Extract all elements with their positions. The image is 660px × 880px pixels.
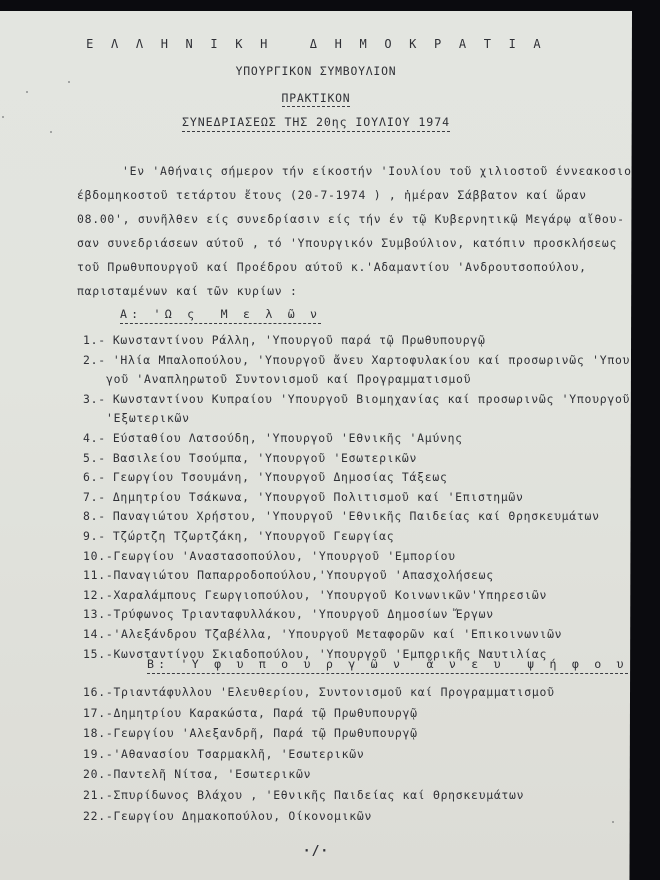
page-number: ·/· [0,844,632,859]
section-b-title-text: Β: 'Υ φ υ π ο υ ρ γ ῶ ν ἄ ν ε υ ψ ή φ ο … [147,657,628,674]
list-item-text: Σπυρίδωνος Βλάχου , 'Εθνικῆς Παιδείας κα… [113,788,524,802]
list-item-text: Εύσταθίου Λατσούδη, 'Υπουργοῦ 'Εθνικῆς '… [113,431,463,445]
list-item: 10.-Γεωργίου 'Αναστασοπούλου, 'Υπουργοῦ … [83,549,456,563]
list-item: 4.-Εύσταθίου Λατσούδη, 'Υπουργοῦ 'Εθνικῆ… [83,431,463,445]
section-b-title: Β: 'Υ φ υ π ο υ ρ γ ῶ ν ἄ ν ε υ ψ ή φ ο … [147,657,628,671]
list-item-number: 20.- [83,767,113,781]
list-item-number: 14.- [83,627,113,641]
list-item: 20.-Παντελῆ Νίτσα, 'Εσωτερικῶν [83,767,311,781]
list-item-text: Τζώρτζη Τζωρτζάκη, 'Υπουργοῦ Γεωργίας [113,529,395,543]
list-item: 12.-Χαραλάμπους Γεωργιοπούλου, 'Υπουργοῦ… [83,588,547,602]
paper-speck [26,91,28,93]
list-item: 19.-'Αθανασίου Τσαρμακλῆ, 'Εσωτερικῶν [83,747,365,761]
list-item-text: Δημητρίου Καρακώστα, Παρά τῷ Πρωθυπουργῷ [113,706,417,720]
list-item-continuation: 'Εξωτερικῶν [106,411,190,425]
list-item-number: 18.- [83,726,113,740]
intro-line: σαν συνεδριάσεων αύτοῦ , τό 'Υπουργικόν … [77,236,617,250]
list-item-text: 'Αθανασίου Τσαρμακλῆ, 'Εσωτερικῶν [113,747,364,761]
list-item-number: 2.- [83,353,106,367]
section-a-title: Α: 'Ω ς Μ ε λ ῶ ν [120,307,321,321]
paper-speck [50,131,52,133]
list-item-text: 'Αλεξάνδρου Τζαβέλλα, 'Υπουργοῦ Μεταφορῶ… [113,627,562,641]
list-item: 2.-'Ηλία Μπαλοπούλου, 'Υπουργοῦ ἄνευ Χαρ… [83,353,645,367]
list-item-number: 7.- [83,490,106,504]
list-item-number: 4.- [83,431,106,445]
list-item: 21.-Σπυρίδωνος Βλάχου , 'Εθνικῆς Παιδεία… [83,788,524,802]
header-session-text: ΣΥΝΕΔΡΙΑΣΕΩΣ ΤΗΣ 20ης ΙΟΥΛΙΟΥ 1974 [182,115,450,132]
list-item: 1.-Κωνσταντίνου Ράλλη, 'Υπουργοῦ παρά τῷ… [83,333,486,347]
list-item-text: Γεωργίου Δημακοπούλου, Οίκονομικῶν [113,809,372,823]
list-item-text: Τριαντάφυλλου 'Ελευθερίου, Συντονισμοῦ κ… [113,685,554,699]
list-item-text: Παναγιώτου Χρήστου, 'Υπουργοῦ 'Εθνικῆς Π… [113,509,600,523]
list-item-number: 11.- [83,568,113,582]
list-item-number: 9.- [83,529,106,543]
list-item-text: Δημητρίου Τσάκωνα, 'Υπουργοῦ Πολιτισμοῦ … [113,490,524,504]
list-item: 9.-Τζώρτζη Τζωρτζάκη, 'Υπουργοῦ Γεωργίας [83,529,394,543]
list-item-text: Γεωργίου Τσουμάνη, 'Υπουργοῦ Δημοσίας Τά… [113,470,448,484]
list-item-number: 8.- [83,509,106,523]
list-item-number: 12.- [83,588,113,602]
paper-speck [2,116,4,118]
list-item: 7.-Δημητρίου Τσάκωνα, 'Υπουργοῦ Πολιτισμ… [83,490,524,504]
intro-line: παρισταμένων καί τῶν κυρίων : [77,284,298,298]
list-item: 14.-'Αλεξάνδρου Τζαβέλλα, 'Υπουργοῦ Μετα… [83,627,562,641]
intro-line: έβδομηκοστοῦ τετάρτου ἔτους (20-7-1974 )… [77,188,587,202]
list-item: 3.-Κωνσταντίνου Κυπραίου 'Υπουργοῦ Βιομη… [83,392,630,406]
header-session: ΣΥΝΕΔΡΙΑΣΕΩΣ ΤΗΣ 20ης ΙΟΥΛΙΟΥ 1974 [0,115,632,129]
list-item-text: Παντελῆ Νίτσα, 'Εσωτερικῶν [113,767,311,781]
header-doc-type: ΠΡΑΚΤΙΚΟΝ [0,91,632,105]
list-item-text: Γεωργίου 'Αλεξανδρῆ, Παρά τῷ Πρωθυπουργῷ [113,726,417,740]
list-item: 5.-Βασιλείου Τσούμπα, 'Υπουργοῦ 'Εσωτερι… [83,451,417,465]
list-item-number: 10.- [83,549,113,563]
list-item-continuation: γοῦ 'Αναπληρωτοῦ Συντονισμοῦ καί Προγραμ… [106,372,471,386]
list-item-text: 'Ηλία Μπαλοπούλου, 'Υπουργοῦ ἄνευ Χαρτοφ… [113,353,646,367]
list-item: 11.-Παναγιώτου Παπαρροδοπούλου,'Υπουργοῦ… [83,568,494,582]
header-council: ΥΠΟΥΡΓΙΚΟΝ ΣΥΜΒΟΥΛΙΟΝ [0,64,632,78]
list-item: 6.-Γεωργίου Τσουμάνη, 'Υπουργοῦ Δημοσίας… [83,470,448,484]
list-item-number: 13.- [83,607,113,621]
list-item-text: Κωνσταντίνου Ράλλη, 'Υπουργοῦ παρά τῷ Πρ… [113,333,486,347]
list-item: 16.-Τριαντάφυλλου 'Ελευθερίου, Συντονισμ… [83,685,555,699]
header-doc-type-text: ΠΡΑΚΤΙΚΟΝ [282,91,351,107]
list-item-text: Γεωργίου 'Αναστασοπούλου, 'Υπουργοῦ 'Εμπ… [113,549,455,563]
section-a-title-text: Α: 'Ω ς Μ ε λ ῶ ν [120,307,321,324]
list-item: 8.-Παναγιώτου Χρήστου, 'Υπουργοῦ 'Εθνικῆ… [83,509,600,523]
intro-line: τοῦ Πρωθυπουργοῦ καί Προέδρου αύτοῦ κ.'Α… [77,260,587,274]
list-item-text: Τρύφωνος Τριανταφυλλάκου, 'Υπουργοῦ Δημο… [113,607,493,621]
list-item-text: Χαραλάμπους Γεωργιοπούλου, 'Υπουργοῦ Κοι… [113,588,547,602]
list-item-number: 21.- [83,788,113,802]
list-item-number: 22.- [83,809,113,823]
list-item-number: 15.- [83,647,113,661]
paper-speck [612,821,614,823]
list-item-number: 16.- [83,685,113,699]
list-item-text: Κωνσταντίνου Κυπραίου 'Υπουργοῦ Βιομηχαν… [113,392,630,406]
list-item-number: 19.- [83,747,113,761]
list-item: 17.-Δημητρίου Καρακώστα, Παρά τῷ Πρωθυπο… [83,706,418,720]
paper-speck [68,81,70,83]
list-item-number: 5.- [83,451,106,465]
list-item: 22.-Γεωργίου Δημακοπούλου, Οίκονομικῶν [83,809,372,823]
list-item-number: 6.- [83,470,106,484]
list-item-text: Παναγιώτου Παπαρροδοπούλου,'Υπουργοῦ 'Απ… [113,568,493,582]
document-page: Ε Λ Λ Η Ν Ι Κ Η Δ Η Μ Ο Κ Ρ Α Τ Ι Α ΥΠΟΥ… [0,11,632,880]
list-item-number: 17.- [83,706,113,720]
list-item-number: 1.- [83,333,106,347]
list-item-text: Βασιλείου Τσούμπα, 'Υπουργοῦ 'Εσωτερικῶν [113,451,417,465]
list-item-number: 3.- [83,392,106,406]
intro-line: 'Εν 'Αθήναις σήμερον τήν είκοστήν 'Ιουλί… [122,164,660,178]
list-item: 13.-Τρύφωνος Τριανταφυλλάκου, 'Υπουργοῦ … [83,607,494,621]
list-item: 18.-Γεωργίου 'Αλεξανδρῆ, Παρά τῷ Πρωθυπο… [83,726,418,740]
intro-line: 08.00', συνῆλθεν είς συνεδρίασιν είς τήν… [77,212,625,226]
header-state: Ε Λ Λ Η Ν Ι Κ Η Δ Η Μ Ο Κ Ρ Α Τ Ι Α [0,37,632,51]
